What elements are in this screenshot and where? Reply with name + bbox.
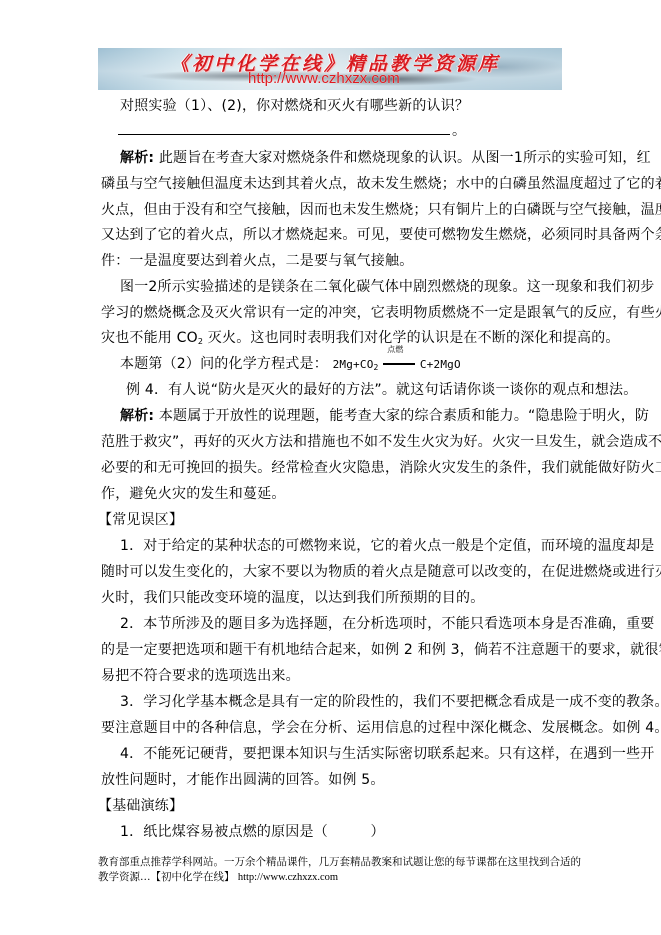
answer-blank-line (118, 134, 450, 135)
analysis-label: 解析: (120, 150, 154, 166)
section-heading-practice: 【基础演练】 (98, 797, 562, 815)
misconception-3-line-1: 3．学习化学基本概念是具有一定的阶段性的，我们不要把概念看成是一成不变的教条。 (120, 693, 584, 711)
practice-question-1: 1．纸比煤容易被点燃的原因是（ ） (120, 823, 584, 841)
section-heading-misconceptions: 【常见误区】 (98, 511, 562, 529)
analysis2-line-2: 范胜于救灾”，再好的灭火方法和措施也不如不发生火灾为好。火灾一旦发生，就会造成不 (101, 433, 565, 451)
analysis1-line-4: 又达到了它的着火点，所以才燃烧起来。可见，要使可燃物发生燃烧，必须同时具备两个条 (101, 226, 565, 244)
misconception-3-line-2: 要注意题目中的各种信息，学会在分析、运用信息的过程中深化概念、发展概念。如例 4… (101, 719, 565, 737)
misconception-1-line-3: 火时，我们只能改变环境的温度，以达到我们所预期的目的。 (101, 589, 565, 607)
misconception-4-line-1: 4．不能死记硬背，要把课本知识与生活实际密切联系起来。只有这样，在遇到一些开 (120, 745, 584, 763)
analysis2-line-4: 作，避免火灾的发生和蔓延。 (101, 485, 565, 503)
misconception-2-line-1: 2．本节所涉及的题目多为选择题，在分析选项时，不能只看选项本身是否准确，重要 (120, 615, 584, 633)
banner-url: http://www.czhxzx.com (248, 70, 400, 87)
document-page: 《初中化学在线》精品教学资源库 http://www.czhxzx.com 对照… (0, 0, 661, 935)
footer-line-1: 教育部重点推荐学科网站。一万余个精品课件，几万套精品教案和试题让您的每节课都在这… (98, 855, 568, 869)
question-prompt: 对照实验（1）、(2)，你对燃烧和灭火有哪些新的认识？ (120, 97, 584, 115)
misconception-2-line-3: 易把不符合要求的选项选出来。 (101, 667, 565, 685)
footer-link[interactable]: http://www.czhxzx.com (238, 872, 338, 883)
misconception-2-line-2: 的是一定要把选项和题干有机地结合起来，如例 2 和例 3，倘若不注意题干的要求，… (101, 641, 565, 659)
misconception-4-line-2: 放性问题时，才能作出圆满的回答。如例 5。 (101, 771, 565, 789)
equation-intro: 本题第（2）问的化学方程式是： (120, 356, 328, 372)
reaction-condition: 点燃 (387, 345, 403, 354)
equation-products: C+2MgO (420, 358, 461, 371)
paragraph2-line-2: 学习的燃烧概念及灭火常识有一定的冲突，它表明物质燃烧不一定是跟氧气的反应，有些火 (101, 304, 565, 322)
paragraph2-line-3: 灾也不能用 CO2 灭火。这也同时表明我们对化学的认识是在不断的深化和提高的。 (101, 329, 565, 351)
analysis1-line-2: 磷虽与空气接触但温度未达到其着火点，故未发生燃烧；水中的白磷虽然温度超过了它的着 (101, 175, 565, 193)
example4-question: 例 4．有人说“防火是灭火的最好的方法”。就这句话请你谈一谈你的观点和想法。 (126, 381, 590, 399)
misconception-1-line-1: 1．对于给定的某种状态的可燃物来说，它的着火点一般是个定值，而环境的温度却是 (120, 537, 584, 555)
analysis1-line-3: 火点，但由于没有和空气接触，因而也未发生燃烧；只有铜片上的白磷既与空气接触，温度 (101, 201, 565, 219)
header-banner: 《初中化学在线》精品教学资源库 http://www.czhxzx.com (98, 48, 562, 90)
equation-reactants: 2Mg+CO2 (333, 358, 379, 371)
analysis1-line-5: 件：一是温度要达到着火点，二是要与氧气接触。 (101, 252, 565, 270)
analysis1-line-1: 解析: 此题旨在考查大家对燃烧条件和燃烧现象的认识。从图一1所示的实验可知，红 (120, 149, 584, 167)
chemical-equation-line: 本题第（2）问的化学方程式是： 2Mg+CO2 点燃 C+2MgO (120, 355, 584, 377)
analysis-label: 解析: (120, 408, 154, 424)
misconception-1-line-2: 随时可以发生变化的，大家不要以为物质的着火点是随意可以改变的，在促进燃烧或进行灭 (101, 563, 565, 581)
analysis2-line-3: 必要的和无可挽回的损失。经常检查火灾隐患，消除火灾发生的条件，我们就能做好防火工 (101, 459, 565, 477)
analysis2-line-1: 解析: 本题属于开放性的说理题，能考查大家的综合素质和能力。“隐患险于明火，防 (120, 407, 584, 425)
reaction-arrow: 点燃 (383, 359, 415, 369)
paragraph2-line-1: 图一2所示实验描述的是镁条在二氧化碳气体中剧烈燃烧的现象。这一现象和我们初步 (120, 278, 584, 296)
footer-line-2: 教学资源…【初中化学在线】 http://www.czhxzx.com (98, 870, 568, 885)
answer-period: 。 (452, 120, 466, 140)
